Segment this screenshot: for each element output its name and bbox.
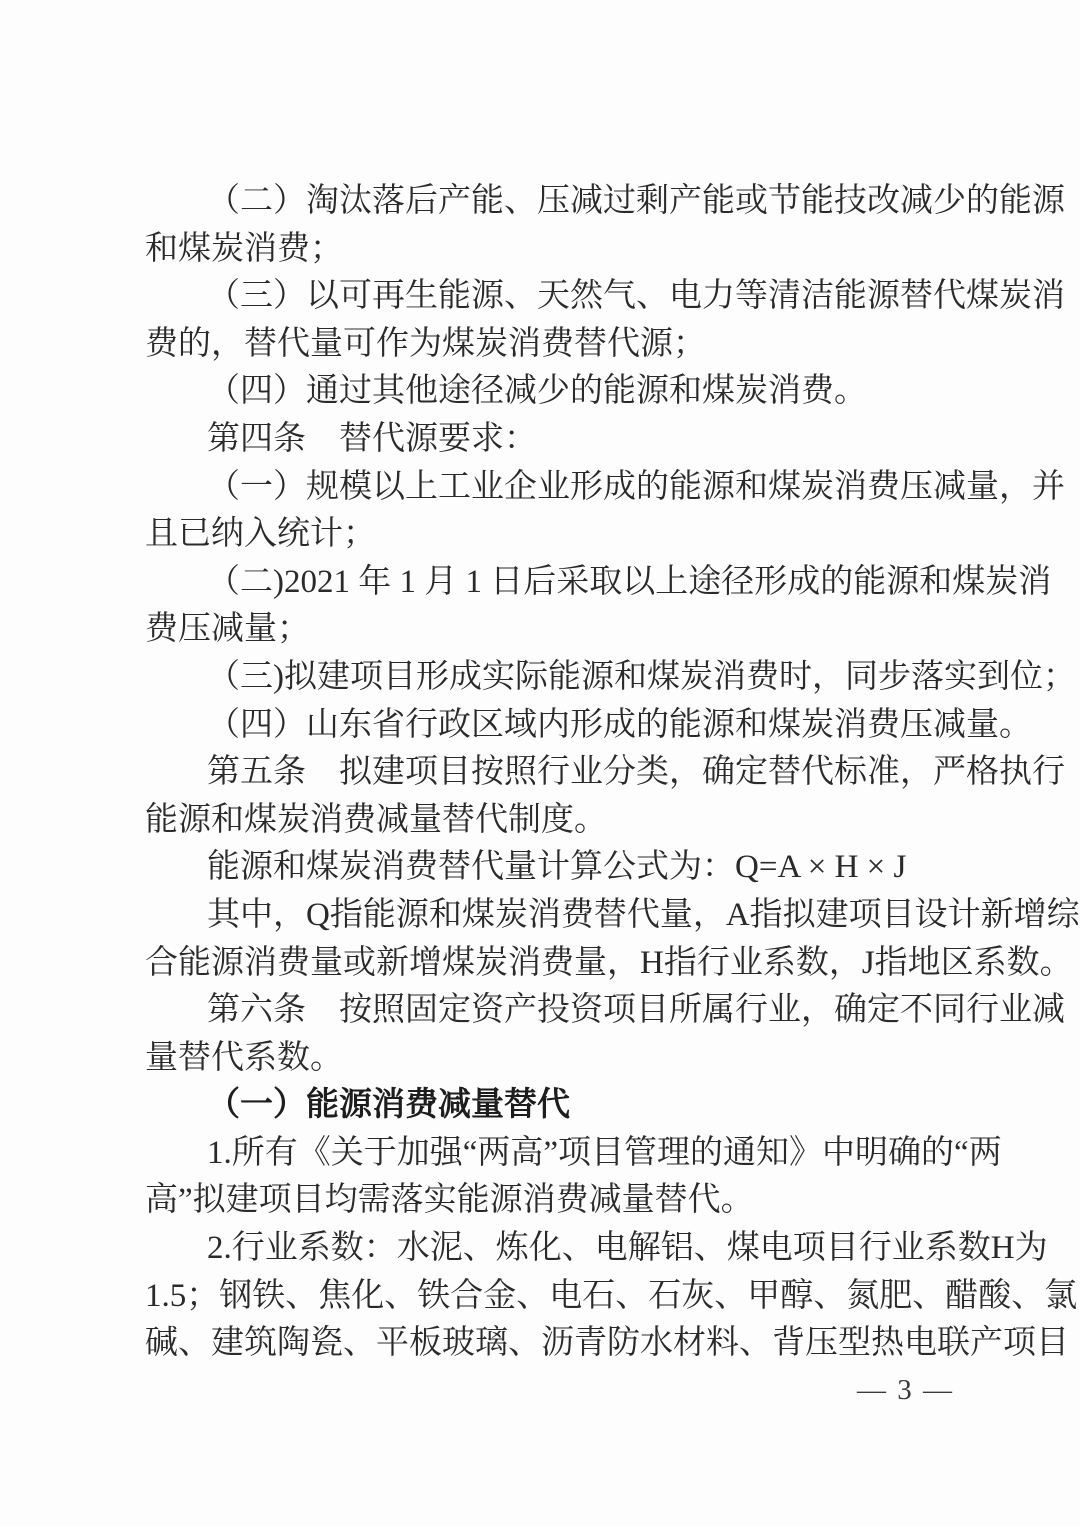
document-line: 能源和煤炭消费替代量计算公式为：Q=A × H × J [145, 844, 955, 892]
document-line: （四）通过其他途径减少的能源和煤炭消费。 [145, 368, 955, 416]
document-line: 第五条 拟建项目按照行业分类，确定替代标准，严格执行 [145, 749, 955, 797]
document-line: （四）山东省行政区域内形成的能源和煤炭消费压减量。 [145, 702, 955, 750]
document-line: （二）淘汰落后产能、压减过剩产能或节能技改减少的能源 [145, 178, 955, 226]
document-line: 第六条 按照固定资产投资项目所属行业，确定不同行业减 [145, 987, 955, 1035]
document-line: 1.5；钢铁、焦化、铁合金、电石、石灰、甲醇、氮肥、醋酸、氯 [145, 1273, 955, 1321]
document-line: 量替代系数。 [145, 1035, 955, 1083]
document-line: 碱、建筑陶瓷、平板玻璃、沥青防水材料、背压型热电联产项目 [145, 1320, 955, 1368]
document-line: （三）以可再生能源、天然气、电力等清洁能源替代煤炭消 [145, 273, 955, 321]
document-line: （一）规模以上工业企业形成的能源和煤炭消费压减量，并 [145, 464, 955, 512]
document-line: 合能源消费量或新增煤炭消费量，H指行业系数，J指地区系数。 [145, 940, 955, 988]
document-line: 和煤炭消费； [145, 226, 955, 274]
document-line: 且已纳入统计； [145, 511, 955, 559]
document-line: 第四条 替代源要求： [145, 416, 955, 464]
document-line: 费的，替代量可作为煤炭消费替代源； [145, 321, 955, 369]
document-line: （三)拟建项目形成实际能源和煤炭消费时，同步落实到位； [145, 654, 955, 702]
document-body: （二）淘汰落后产能、压减过剩产能或节能技改减少的能源和煤炭消费；（三）以可再生能… [145, 178, 955, 1368]
document-line: 1.所有《关于加强“两高”项目管理的通知》中明确的“两 [145, 1130, 955, 1178]
page-number: — 3 — [857, 1370, 954, 1410]
document-line: （二)2021 年 1 月 1 日后采取以上途径形成的能源和煤炭消 [145, 559, 955, 607]
document-line: （一）能源消费减量替代 [145, 1082, 955, 1130]
document-line: 2.行业系数：水泥、炼化、电解铝、煤电项目行业系数H为 [145, 1225, 955, 1273]
document-line: 费压减量； [145, 606, 955, 654]
document-page: （二）淘汰落后产能、压减过剩产能或节能技改减少的能源和煤炭消费；（三）以可再生能… [0, 0, 1080, 1527]
document-line: 其中，Q指能源和煤炭消费替代量，A指拟建项目设计新增综 [145, 892, 955, 940]
document-line: 高”拟建项目均需落实能源消费减量替代。 [145, 1177, 955, 1225]
document-line: 能源和煤炭消费减量替代制度。 [145, 797, 955, 845]
